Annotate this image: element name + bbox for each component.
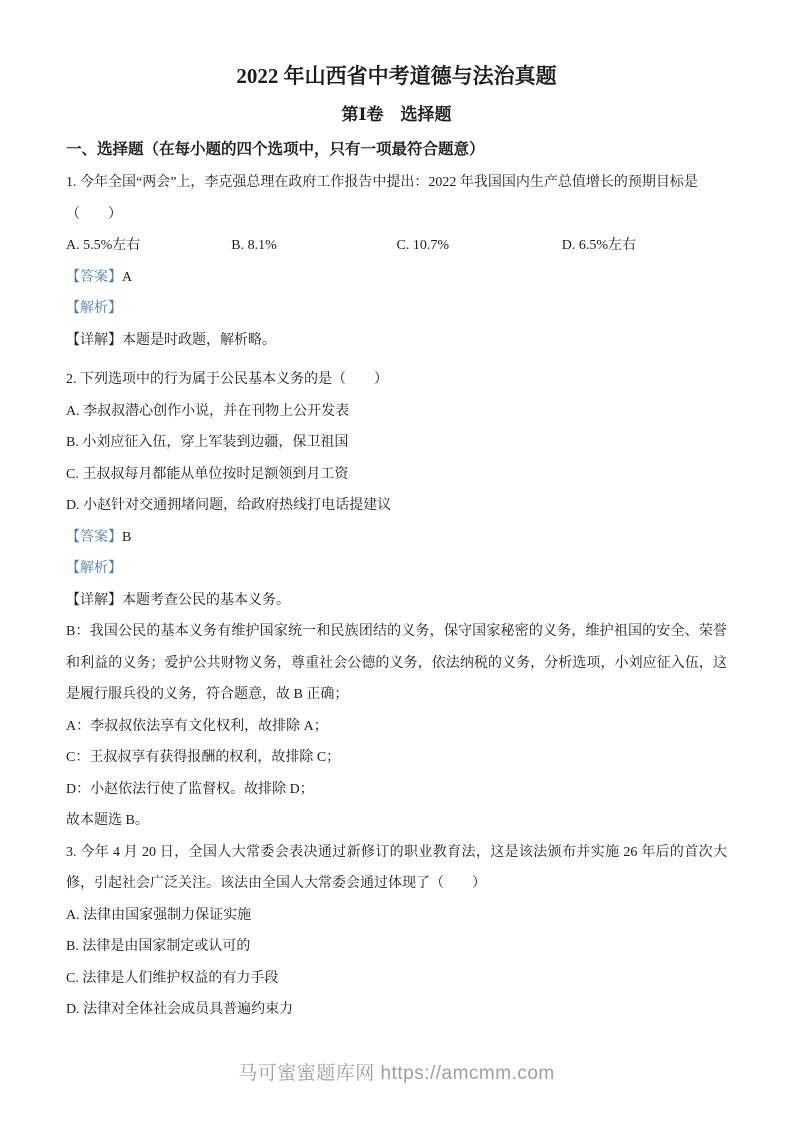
question-2-analysis-line: 【解析】 — [66, 553, 727, 585]
question-2-detail-paragraph: B：我国公民的基本义务有维护国家统一和民族团结的义务，保守国家秘密的义务，维护祖… — [66, 616, 727, 711]
question-1-stem: 1. 今年全国“两会”上，李克强总理在政府工作报告中提出：2022 年我国国内生… — [66, 167, 727, 199]
section-heading: 一、选择题（在每小题的四个选项中，只有一项最符合题意） — [66, 136, 727, 163]
detail-label: 【详解】 — [66, 593, 122, 608]
question-1-answer-line: 【答案】A — [66, 262, 727, 294]
question-2-option-c: C. 王叔叔每月都能从单位按时足额领到月工资 — [66, 459, 727, 491]
question-2-option-b: B. 小刘应征入伍，穿上军装到边疆，保卫祖国 — [66, 427, 727, 459]
question-1-analysis-line: 【解析】 — [66, 293, 727, 325]
question-2-detail-conclusion: 故本题选 B。 — [66, 805, 727, 837]
question-1-answer-value: A — [122, 270, 132, 285]
answer-label: 【答案】 — [66, 270, 122, 285]
question-2-detail-paragraph: C：王叔叔享有获得报酬的权利，故排除 C； — [66, 742, 727, 774]
question-3-stem: 3. 今年 4 月 20 日，全国人大常委会表决通过新修订的职业教育法，这是该法… — [66, 837, 727, 900]
question-2: 2. 下列选项中的行为属于公民基本义务的是（ ） A. 李叔叔潜心创作小说，并在… — [66, 364, 727, 837]
question-1-detail-text: 本题是时政题，解析略。 — [122, 333, 276, 348]
detail-label: 【详解】 — [66, 333, 122, 348]
footer-watermark: 马可蜜蜜题库网 https://amcmm.com — [0, 1058, 793, 1085]
question-2-option-d: D. 小赵针对交通拥堵问题，给政府热线打电话提建议 — [66, 490, 727, 522]
question-2-detail-paragraph: D：小赵依法行使了监督权。故排除 D； — [66, 774, 727, 806]
analysis-label: 【解析】 — [66, 301, 122, 316]
question-1-option-a: A. 5.5%左右 — [66, 230, 231, 262]
volume-heading: 第Ⅰ卷 选择题 — [66, 102, 727, 128]
document-title: 2022 年山西省中考道德与法治真题 — [66, 62, 727, 90]
question-2-answer-line: 【答案】B — [66, 522, 727, 554]
question-3-option-d: D. 法律对全体社会成员具普遍约束力 — [66, 994, 727, 1026]
question-3-option-c: C. 法律是人们维护权益的有力手段 — [66, 963, 727, 995]
question-2-stem: 2. 下列选项中的行为属于公民基本义务的是（ ） — [66, 364, 727, 396]
question-2-detail-line: 【详解】本题考查公民的基本义务。 — [66, 585, 727, 617]
question-1-option-c: C. 10.7% — [397, 230, 562, 262]
question-1-options-row: A. 5.5%左右 B. 8.1% C. 10.7% D. 6.5%左右 — [66, 230, 727, 262]
question-3: 3. 今年 4 月 20 日，全国人大常委会表决通过新修订的职业教育法，这是该法… — [66, 837, 727, 1026]
question-3-option-b: B. 法律是由国家制定或认可的 — [66, 931, 727, 963]
question-1-detail-line: 【详解】本题是时政题，解析略。 — [66, 325, 727, 357]
question-1-bracket: （ ） — [66, 199, 727, 231]
question-1: 1. 今年全国“两会”上，李克强总理在政府工作报告中提出：2022 年我国国内生… — [66, 167, 727, 356]
question-1-option-d: D. 6.5%左右 — [562, 230, 727, 262]
analysis-label: 【解析】 — [66, 561, 122, 576]
question-2-option-a: A. 李叔叔潜心创作小说，并在刊物上公开发表 — [66, 396, 727, 428]
question-2-detail-intro: 本题考查公民的基本义务。 — [122, 593, 290, 608]
answer-label: 【答案】 — [66, 530, 122, 545]
question-2-answer-value: B — [122, 530, 131, 545]
question-2-detail-paragraph: A：李叔叔依法享有文化权利，故排除 A； — [66, 711, 727, 743]
question-3-option-a: A. 法律由国家强制力保证实施 — [66, 900, 727, 932]
question-1-option-b: B. 8.1% — [231, 230, 396, 262]
exam-page: 2022 年山西省中考道德与法治真题 第Ⅰ卷 选择题 一、选择题（在每小题的四个… — [0, 0, 793, 1122]
